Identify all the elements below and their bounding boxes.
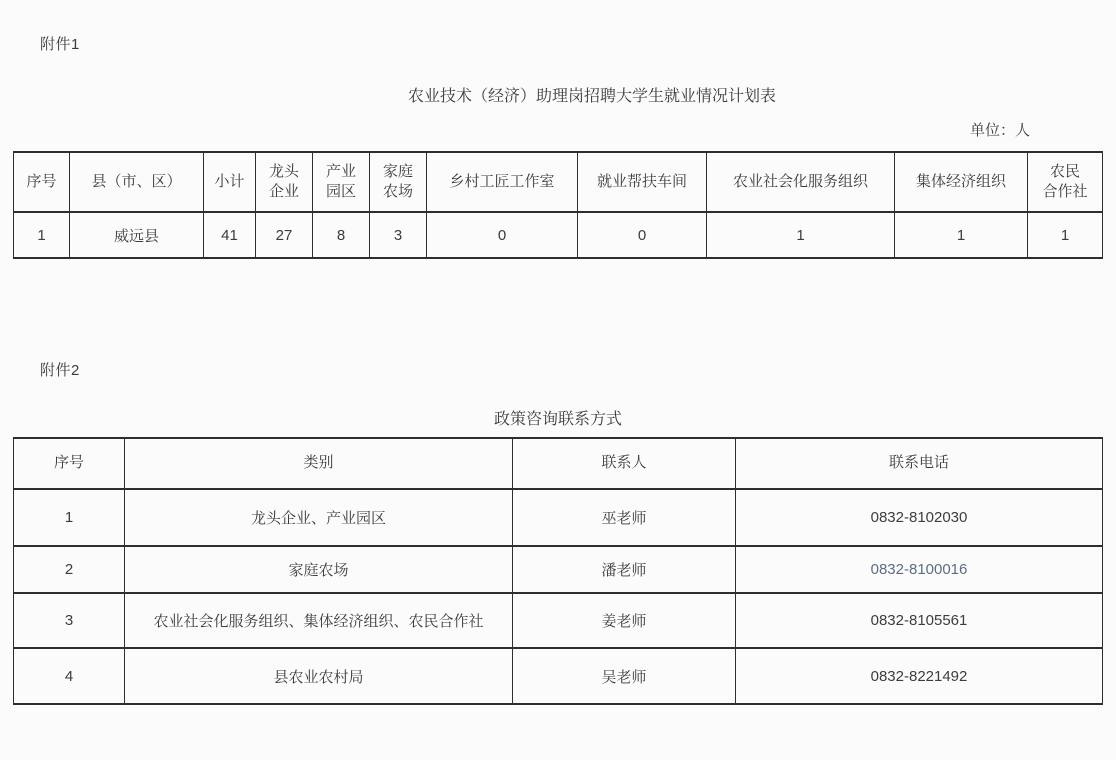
plan-header-industrial-park: 产业 园区: [313, 152, 370, 212]
document-page: 附件1 农业技术（经济）助理岗招聘大学生就业情况计划表 单位：人 序号 县（市、…: [0, 0, 1116, 760]
plan-header-farmer-coop: 农民 合作社: [1028, 152, 1103, 212]
contact-cell-contact: 潘老师: [513, 546, 736, 593]
plan-table-data-row: 1 威远县 41 27 8 3 0 0 1 1 1: [14, 212, 1103, 258]
plan-header-subtotal: 小计: [204, 152, 256, 212]
attachment2-label: 附件2: [40, 359, 80, 380]
plan-cell-collective-economy-org: 1: [895, 212, 1028, 258]
plan-cell-farmer-coop: 1: [1028, 212, 1103, 258]
contact-table-row: 1 龙头企业、产业园区 巫老师 0832-8102030: [14, 489, 1103, 546]
contact-cell-seq: 1: [14, 489, 125, 546]
plan-cell-industrial-park: 8: [313, 212, 370, 258]
employment-plan-table: 序号 县（市、区） 小计 龙头 企业 产业 园区 家庭 农场 乡村工匠工作室 就…: [13, 151, 1103, 259]
plan-header-seq: 序号: [14, 152, 70, 212]
contact-cell-seq: 2: [14, 546, 125, 593]
plan-cell-county: 威远县: [70, 212, 204, 258]
plan-header-employment-workshop: 就业帮扶车间: [578, 152, 707, 212]
unit-note: 单位：人: [970, 119, 1030, 140]
plan-header-leading-enterprise: 龙头 企业: [256, 152, 313, 212]
plan-header-collective-economy-org: 集体经济组织: [895, 152, 1028, 212]
contact-table-row: 2 家庭农场 潘老师 0832-8100016: [14, 546, 1103, 593]
contact-cell-category: 龙头企业、产业园区: [125, 489, 513, 546]
plan-cell-family-farm: 3: [370, 212, 427, 258]
policy-contact-table: 序号 类别 联系人 联系电话 1 龙头企业、产业园区 巫老师 0832-8102…: [13, 437, 1103, 705]
attachment1-label: 附件1: [40, 33, 80, 54]
plan-cell-rural-craftsman-studio: 0: [427, 212, 578, 258]
contact-header-phone: 联系电话: [736, 438, 1103, 489]
plan-cell-leading-enterprise: 27: [256, 212, 313, 258]
contact-header-category: 类别: [125, 438, 513, 489]
contact-cell-category: 县农业农村局: [125, 648, 513, 704]
contact-table-row: 4 县农业农村局 吴老师 0832-8221492: [14, 648, 1103, 704]
contact-header-seq: 序号: [14, 438, 125, 489]
contact-cell-contact: 姜老师: [513, 593, 736, 648]
contact-cell-category: 农业社会化服务组织、集体经济组织、农民合作社: [125, 593, 513, 648]
contact-cell-phone: 0832-8105561: [736, 593, 1103, 648]
contact-table-row: 3 农业社会化服务组织、集体经济组织、农民合作社 姜老师 0832-810556…: [14, 593, 1103, 648]
contact-cell-phone: 0832-8221492: [736, 648, 1103, 704]
contact-header-contact: 联系人: [513, 438, 736, 489]
plan-table-header-row: 序号 县（市、区） 小计 龙头 企业 产业 园区 家庭 农场 乡村工匠工作室 就…: [14, 152, 1103, 212]
contact-cell-contact: 巫老师: [513, 489, 736, 546]
plan-cell-subtotal: 41: [204, 212, 256, 258]
plan-header-family-farm: 家庭 农场: [370, 152, 427, 212]
attachment1-title: 农业技术（经济）助理岗招聘大学生就业情况计划表: [0, 83, 1116, 106]
contact-table-header-row: 序号 类别 联系人 联系电话: [14, 438, 1103, 489]
attachment2-title: 政策咨询联系方式: [0, 406, 1116, 429]
plan-header-county: 县（市、区）: [70, 152, 204, 212]
plan-cell-employment-workshop: 0: [578, 212, 707, 258]
plan-cell-agri-service-org: 1: [707, 212, 895, 258]
plan-cell-seq: 1: [14, 212, 70, 258]
contact-cell-category: 家庭农场: [125, 546, 513, 593]
contact-cell-phone: 0832-8100016: [736, 546, 1103, 593]
contact-cell-seq: 4: [14, 648, 125, 704]
plan-header-agri-service-org: 农业社会化服务组织: [707, 152, 895, 212]
contact-cell-seq: 3: [14, 593, 125, 648]
plan-header-rural-craftsman-studio: 乡村工匠工作室: [427, 152, 578, 212]
contact-cell-phone: 0832-8102030: [736, 489, 1103, 546]
contact-cell-contact: 吴老师: [513, 648, 736, 704]
